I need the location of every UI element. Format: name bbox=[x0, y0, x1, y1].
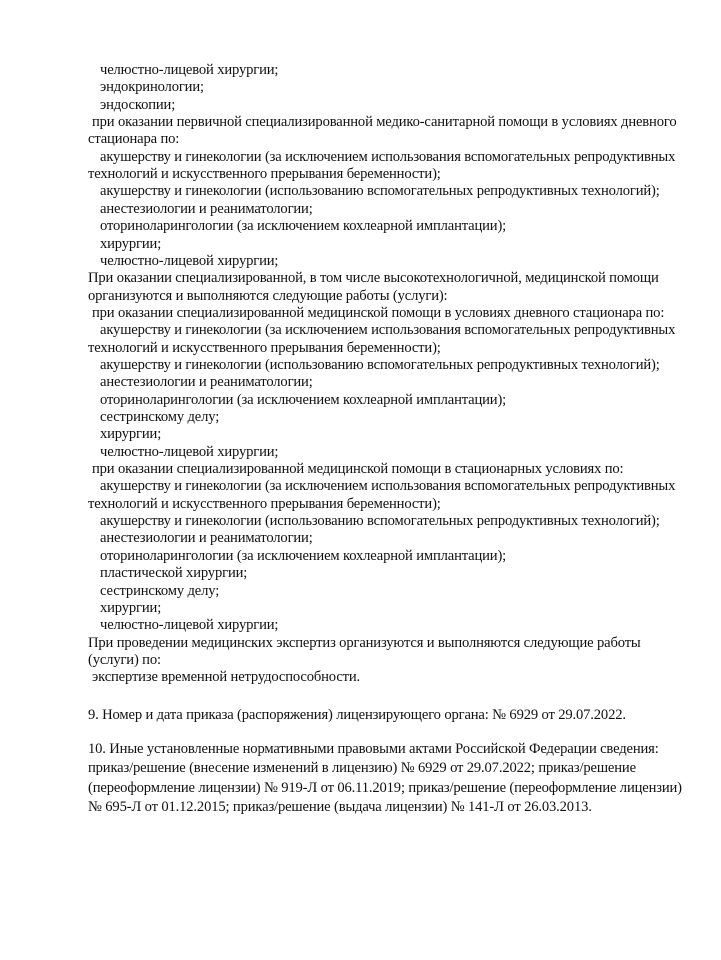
document-line: челюстно-лицевой хирургии; bbox=[100, 62, 278, 79]
document-line: акушерству и гинекологии (использованию … bbox=[100, 183, 660, 200]
document-line: технологий и искусственного прерывания б… bbox=[88, 340, 441, 357]
document-line: организуются и выполняются следующие раб… bbox=[88, 288, 447, 305]
document-line: челюстно-лицевой хирургии; bbox=[100, 617, 278, 634]
document-line: акушерству и гинекологии (за исключением… bbox=[100, 149, 675, 166]
document-line: акушерству и гинекологии (использованию … bbox=[100, 357, 660, 374]
document-line: эндокринологии; bbox=[100, 79, 204, 96]
document-line: при оказании первичной специализированно… bbox=[92, 114, 676, 131]
document-line: технологий и искусственного прерывания б… bbox=[88, 166, 441, 183]
document-line: пластической хирургии; bbox=[100, 565, 247, 582]
document-line: (услуги) по: bbox=[88, 652, 161, 669]
document-page: челюстно-лицевой хирургии;эндокринологии… bbox=[0, 0, 721, 960]
document-line: оториноларингологии (за исключением кохл… bbox=[100, 548, 506, 565]
document-line: экспертизе временной нетрудоспособности. bbox=[92, 669, 360, 686]
document-line: стационара по: bbox=[88, 131, 179, 148]
document-line: при оказании специализированной медицинс… bbox=[92, 305, 664, 322]
document-line: сестринскому делу; bbox=[100, 409, 219, 426]
section-10-line: № 695-Л от 01.12.2015; приказ/решение (в… bbox=[88, 799, 592, 816]
section-10-line: (переоформление лицензии) № 919-Л от 06.… bbox=[88, 780, 682, 797]
section-10-line: 10. Иные установленные нормативными прав… bbox=[88, 741, 659, 758]
document-line: анестезиологии и реаниматологии; bbox=[100, 530, 313, 547]
document-line: при оказании специализированной медицинс… bbox=[92, 461, 623, 478]
document-line: анестезиологии и реаниматологии; bbox=[100, 201, 313, 218]
document-line: При оказании специализированной, в том ч… bbox=[88, 270, 659, 287]
document-line: хирургии; bbox=[100, 236, 161, 253]
document-line: челюстно-лицевой хирургии; bbox=[100, 444, 278, 461]
section-9-order-number: 9. Номер и дата приказа (распоряжения) л… bbox=[88, 707, 626, 724]
document-line: акушерству и гинекологии (за исключением… bbox=[100, 478, 675, 495]
section-10-line: приказ/решение (внесение изменений в лиц… bbox=[88, 760, 636, 777]
document-line: сестринскому делу; bbox=[100, 583, 219, 600]
document-line: анестезиологии и реаниматологии; bbox=[100, 374, 313, 391]
document-line: технологий и искусственного прерывания б… bbox=[88, 496, 441, 513]
document-line: оториноларингологии (за исключением кохл… bbox=[100, 218, 506, 235]
document-line: эндоскопии; bbox=[100, 97, 175, 114]
document-line: челюстно-лицевой хирургии; bbox=[100, 253, 278, 270]
document-line: акушерству и гинекологии (за исключением… bbox=[100, 322, 675, 339]
document-line: акушерству и гинекологии (использованию … bbox=[100, 513, 660, 530]
document-line: хирургии; bbox=[100, 426, 161, 443]
document-line: При проведении медицинских экспертиз орг… bbox=[88, 635, 641, 652]
document-line: хирургии; bbox=[100, 600, 161, 617]
document-line: оториноларингологии (за исключением кохл… bbox=[100, 392, 506, 409]
